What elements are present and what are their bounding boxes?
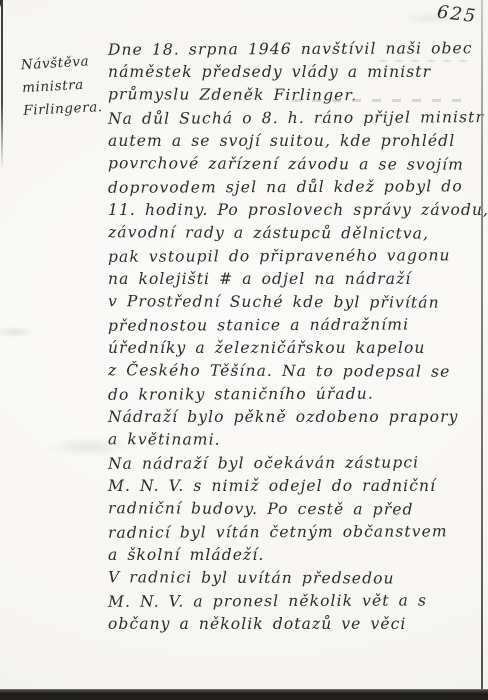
handwritten-line: průmyslu Zdeněk Firlinger. [108, 83, 480, 108]
handwritten-line: autem a se svojí suitou, kde prohlédl [108, 130, 480, 153]
handwritten-line: M. N. V. a pronesl několik vět a s [108, 589, 480, 614]
handwritten-line: v Prostřední Suché kde byl přivítán [108, 290, 480, 315]
scan-edge-left [1, 0, 3, 170]
scanned-page: 625 NávštěvaministraFirlingera. Dne 18. … [0, 0, 488, 700]
handwritten-line: Na důl Suchá o 8. h. ráno přijel ministr [108, 106, 480, 131]
handwritten-line: do kroniky staničního úřadu. [108, 382, 480, 407]
margin-note-line: Návštěva [20, 48, 101, 75]
scan-edge-bottom [0, 689, 488, 700]
erased-pencil-streak [292, 99, 470, 102]
handwritten-line: Dne 18. srpna 1946 navštívil naši obec [108, 37, 480, 62]
handwritten-line: pak vstoupil do připraveného vagonu [108, 244, 480, 269]
margin-note-line: Firlingera. [23, 94, 104, 121]
handwritten-line: přednostou stanice a nádražními [108, 313, 480, 338]
handwritten-line: náměstek předsedy vlády a ministr [108, 61, 480, 84]
handwritten-line: radniční budovy. Po cestě a před [108, 497, 480, 522]
handwritten-line: doprovodem sjel na důl kdež pobyl do [108, 175, 480, 200]
handwritten-line: a květinami. [108, 428, 480, 453]
handwritten-line: úředníky a železničářskou kapelou [108, 337, 480, 360]
handwritten-line: závodní rady a zástupců dělnictva, [108, 221, 480, 246]
margin-note: NávštěvaministraFirlingera. [20, 48, 103, 121]
handwritten-line: z Českého Těšína. Na to podepsal se [108, 359, 480, 384]
handwritten-line: a školní mládeží. [108, 544, 480, 567]
body-text: Dne 18. srpna 1946 navštívil naši obecná… [108, 38, 480, 636]
scan-edge-right [481, 0, 483, 690]
handwritten-line: povrchové zařízení závodu a se svojím [108, 152, 480, 177]
handwritten-line: V radnici byl uvítán předsedou [108, 566, 480, 591]
handwritten-line: radnicí byl vítán četným občanstvem [108, 520, 480, 545]
page-number: 625 [436, 2, 479, 28]
handwritten-line: na kolejišti # a odjel na nádraží [108, 268, 480, 291]
handwritten-line: 11. hodiny. Po proslovech správy závodu, [108, 199, 480, 222]
handwritten-line: Nádraží bylo pěkně ozdobeno prapory [108, 406, 480, 429]
handwritten-line: Na nádraží byl očekáván zástupci [108, 451, 480, 476]
erased-pencil-streak [380, 60, 470, 62]
handwritten-line: M. N. V. s nimiž odejel do radniční [108, 475, 480, 498]
handwritten-line: občany a několik dotazů ve věci [108, 613, 480, 636]
